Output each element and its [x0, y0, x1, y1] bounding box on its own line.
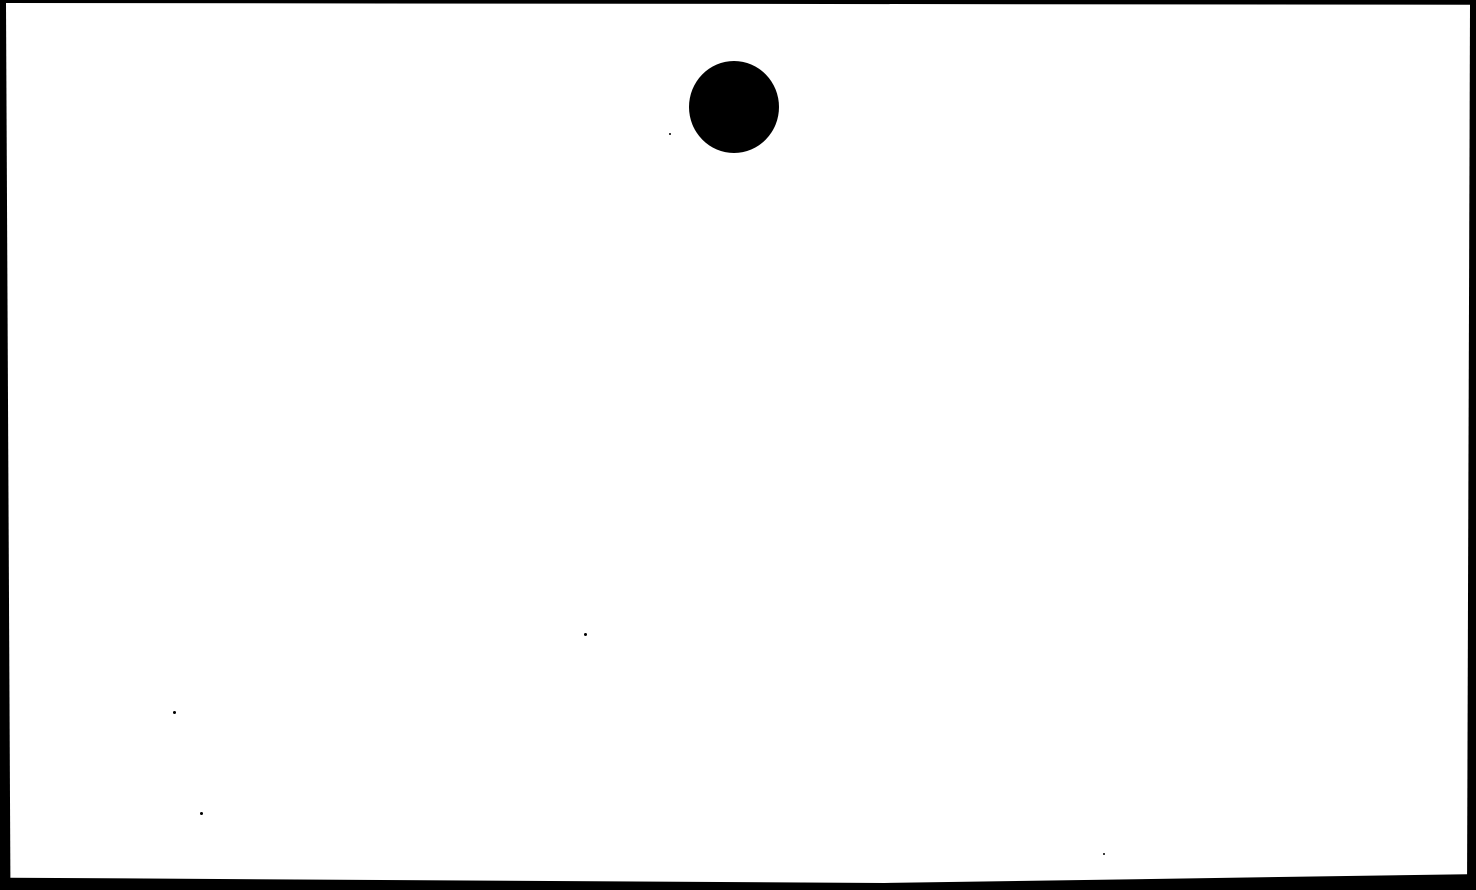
speck: [584, 633, 587, 636]
scan-background: [0, 0, 1476, 890]
punch-hole: [689, 61, 779, 153]
speck: [200, 812, 203, 815]
speck: [669, 133, 671, 135]
speck: [1103, 853, 1105, 855]
speck: [173, 711, 176, 714]
